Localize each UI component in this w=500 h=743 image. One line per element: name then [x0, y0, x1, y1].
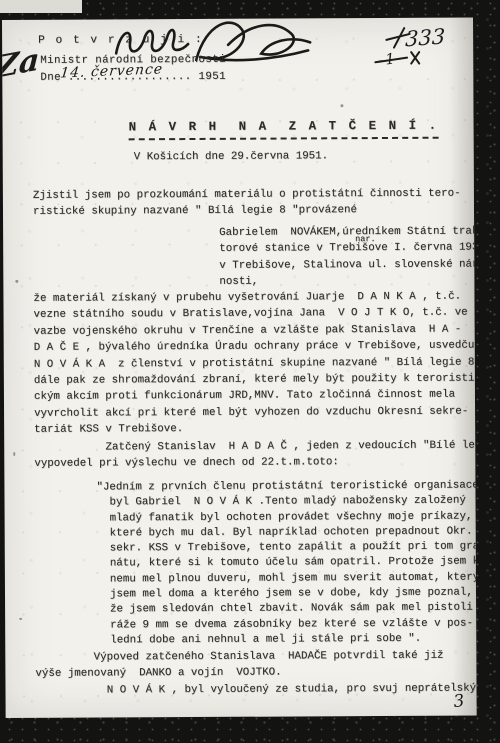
scan-background: P o t v r z u j i : Za Ministr národní b…	[0, 0, 500, 743]
paragraph-novak-expulsion: N O V Á K , byl vyloučený ze studia, pro…	[35, 681, 476, 700]
born-annotation: nar.	[355, 235, 375, 244]
paragraph-intro: Zjistil jsem po prozkoumání materiálu o …	[33, 186, 461, 221]
paragraph-investigation: že materiál získaný v prubehu vyšetrován…	[33, 288, 476, 438]
page-number-handwriting: 3	[453, 691, 466, 712]
document-page: P o t v r z u j i : Za Ministr národní b…	[2, 18, 477, 718]
archive-number-handwriting: 333	[405, 24, 446, 51]
scan-speckle	[19, 618, 22, 620]
paragraph-confirmation: Výpoved zatčeného Stanislava HADAČE potv…	[35, 648, 443, 683]
za-handwriting: Za	[2, 42, 40, 86]
place-date-line: V Košicích dne 29.června 1951.	[134, 148, 328, 165]
testimony-quote-block: "Jedním z prvních členu protistátní tero…	[96, 478, 476, 648]
document-title: N Á V R H N A Z A T Č E N Í .	[129, 118, 439, 141]
paragraph-hadac-intro: Zatčený Stanislav H A D A Č , jeden z ve…	[34, 437, 476, 472]
scan-speckle	[15, 280, 18, 283]
scan-corner-patch	[0, 0, 82, 13]
scan-speckle	[13, 452, 15, 456]
scan-speckle	[340, 104, 343, 107]
suspect-identification-block: Gabrielem NOVÁKEM,úredníkem Státní trak-…	[219, 223, 477, 290]
